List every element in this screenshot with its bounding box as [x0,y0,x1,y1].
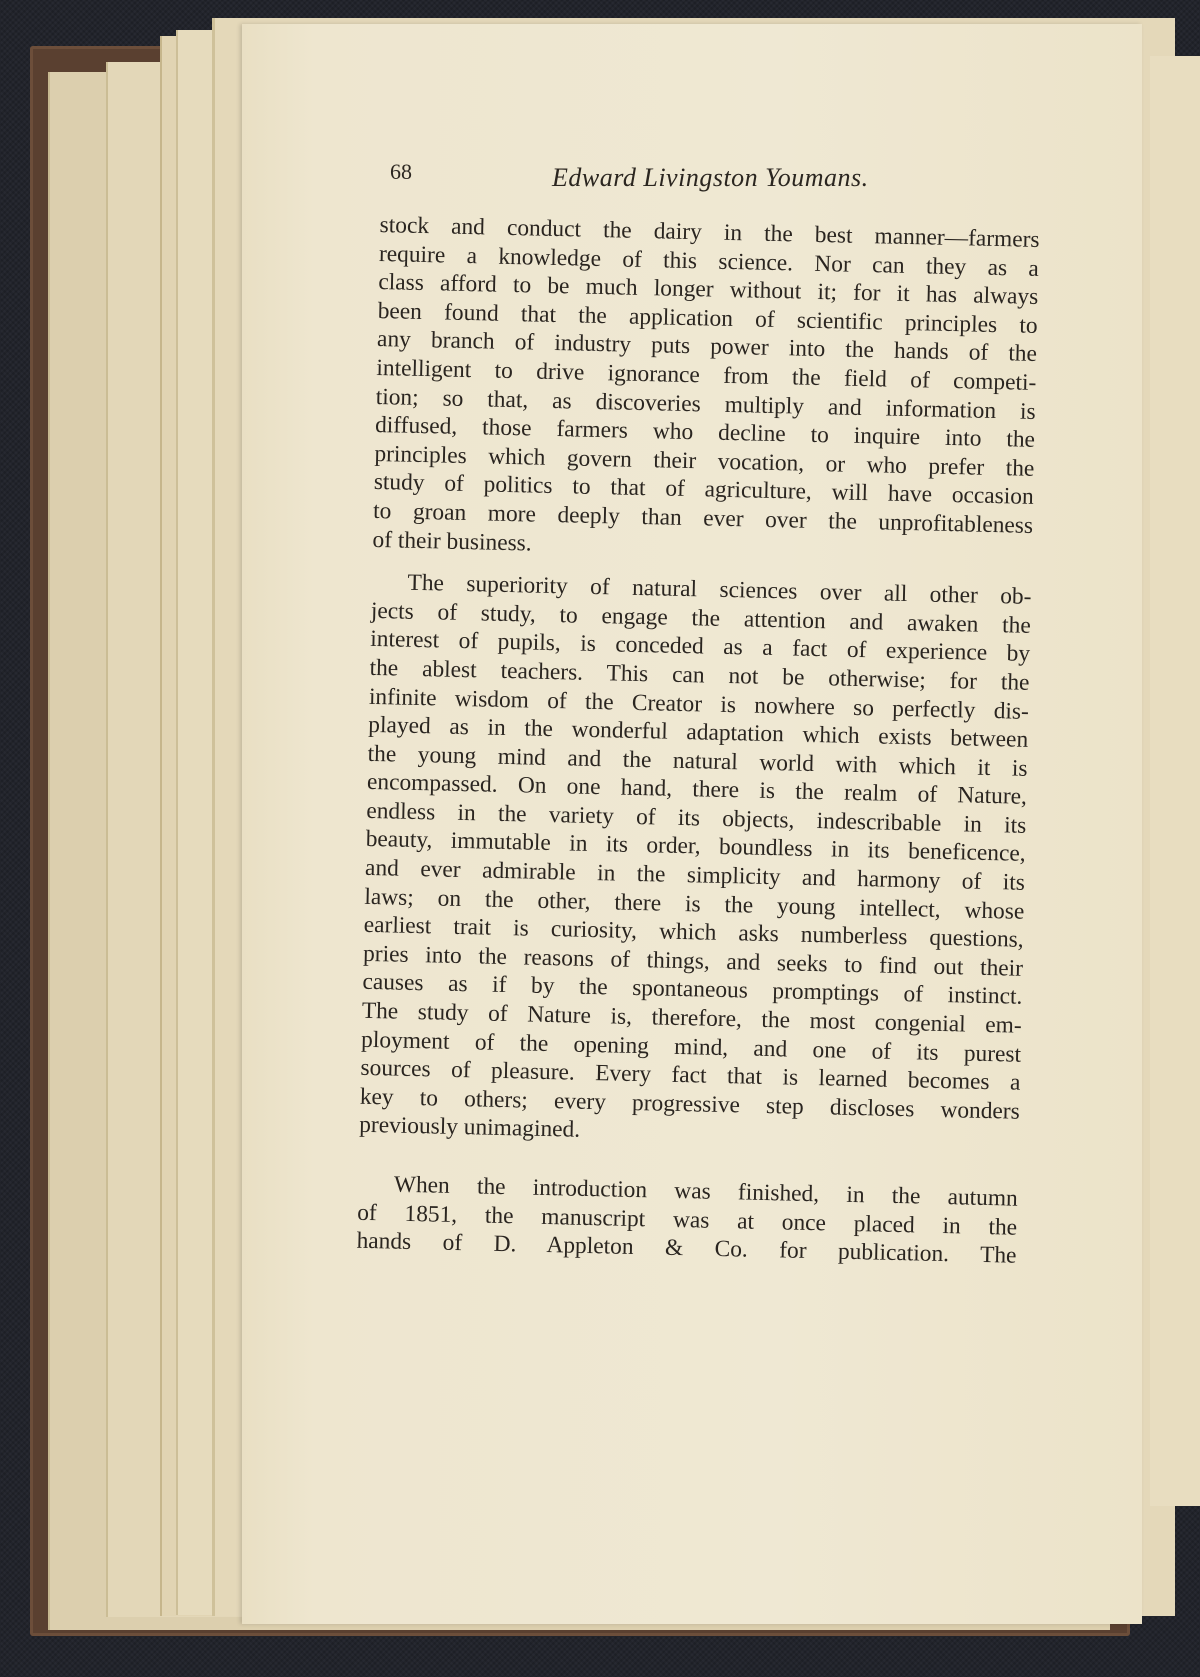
facing-page-edge [1150,56,1200,1506]
paragraph-superiority: The superiority of natural sciences over… [359,568,1032,1155]
paragraph-continuation: stock and conduct the dairy in the best … [372,211,1040,569]
page-header: 68 Edward Livingston Youmans. [390,159,1050,199]
paragraph-introduction-finished: When the introduction was finished, in t… [356,1170,1018,1271]
book-page: 68 Edward Livingston Youmans. stock and … [242,24,1142,1624]
body-text: stock and conduct the dairy in the best … [356,211,1040,1270]
running-title: Edward Livingston Youmans. [552,163,869,193]
page-number: 68 [390,159,412,185]
